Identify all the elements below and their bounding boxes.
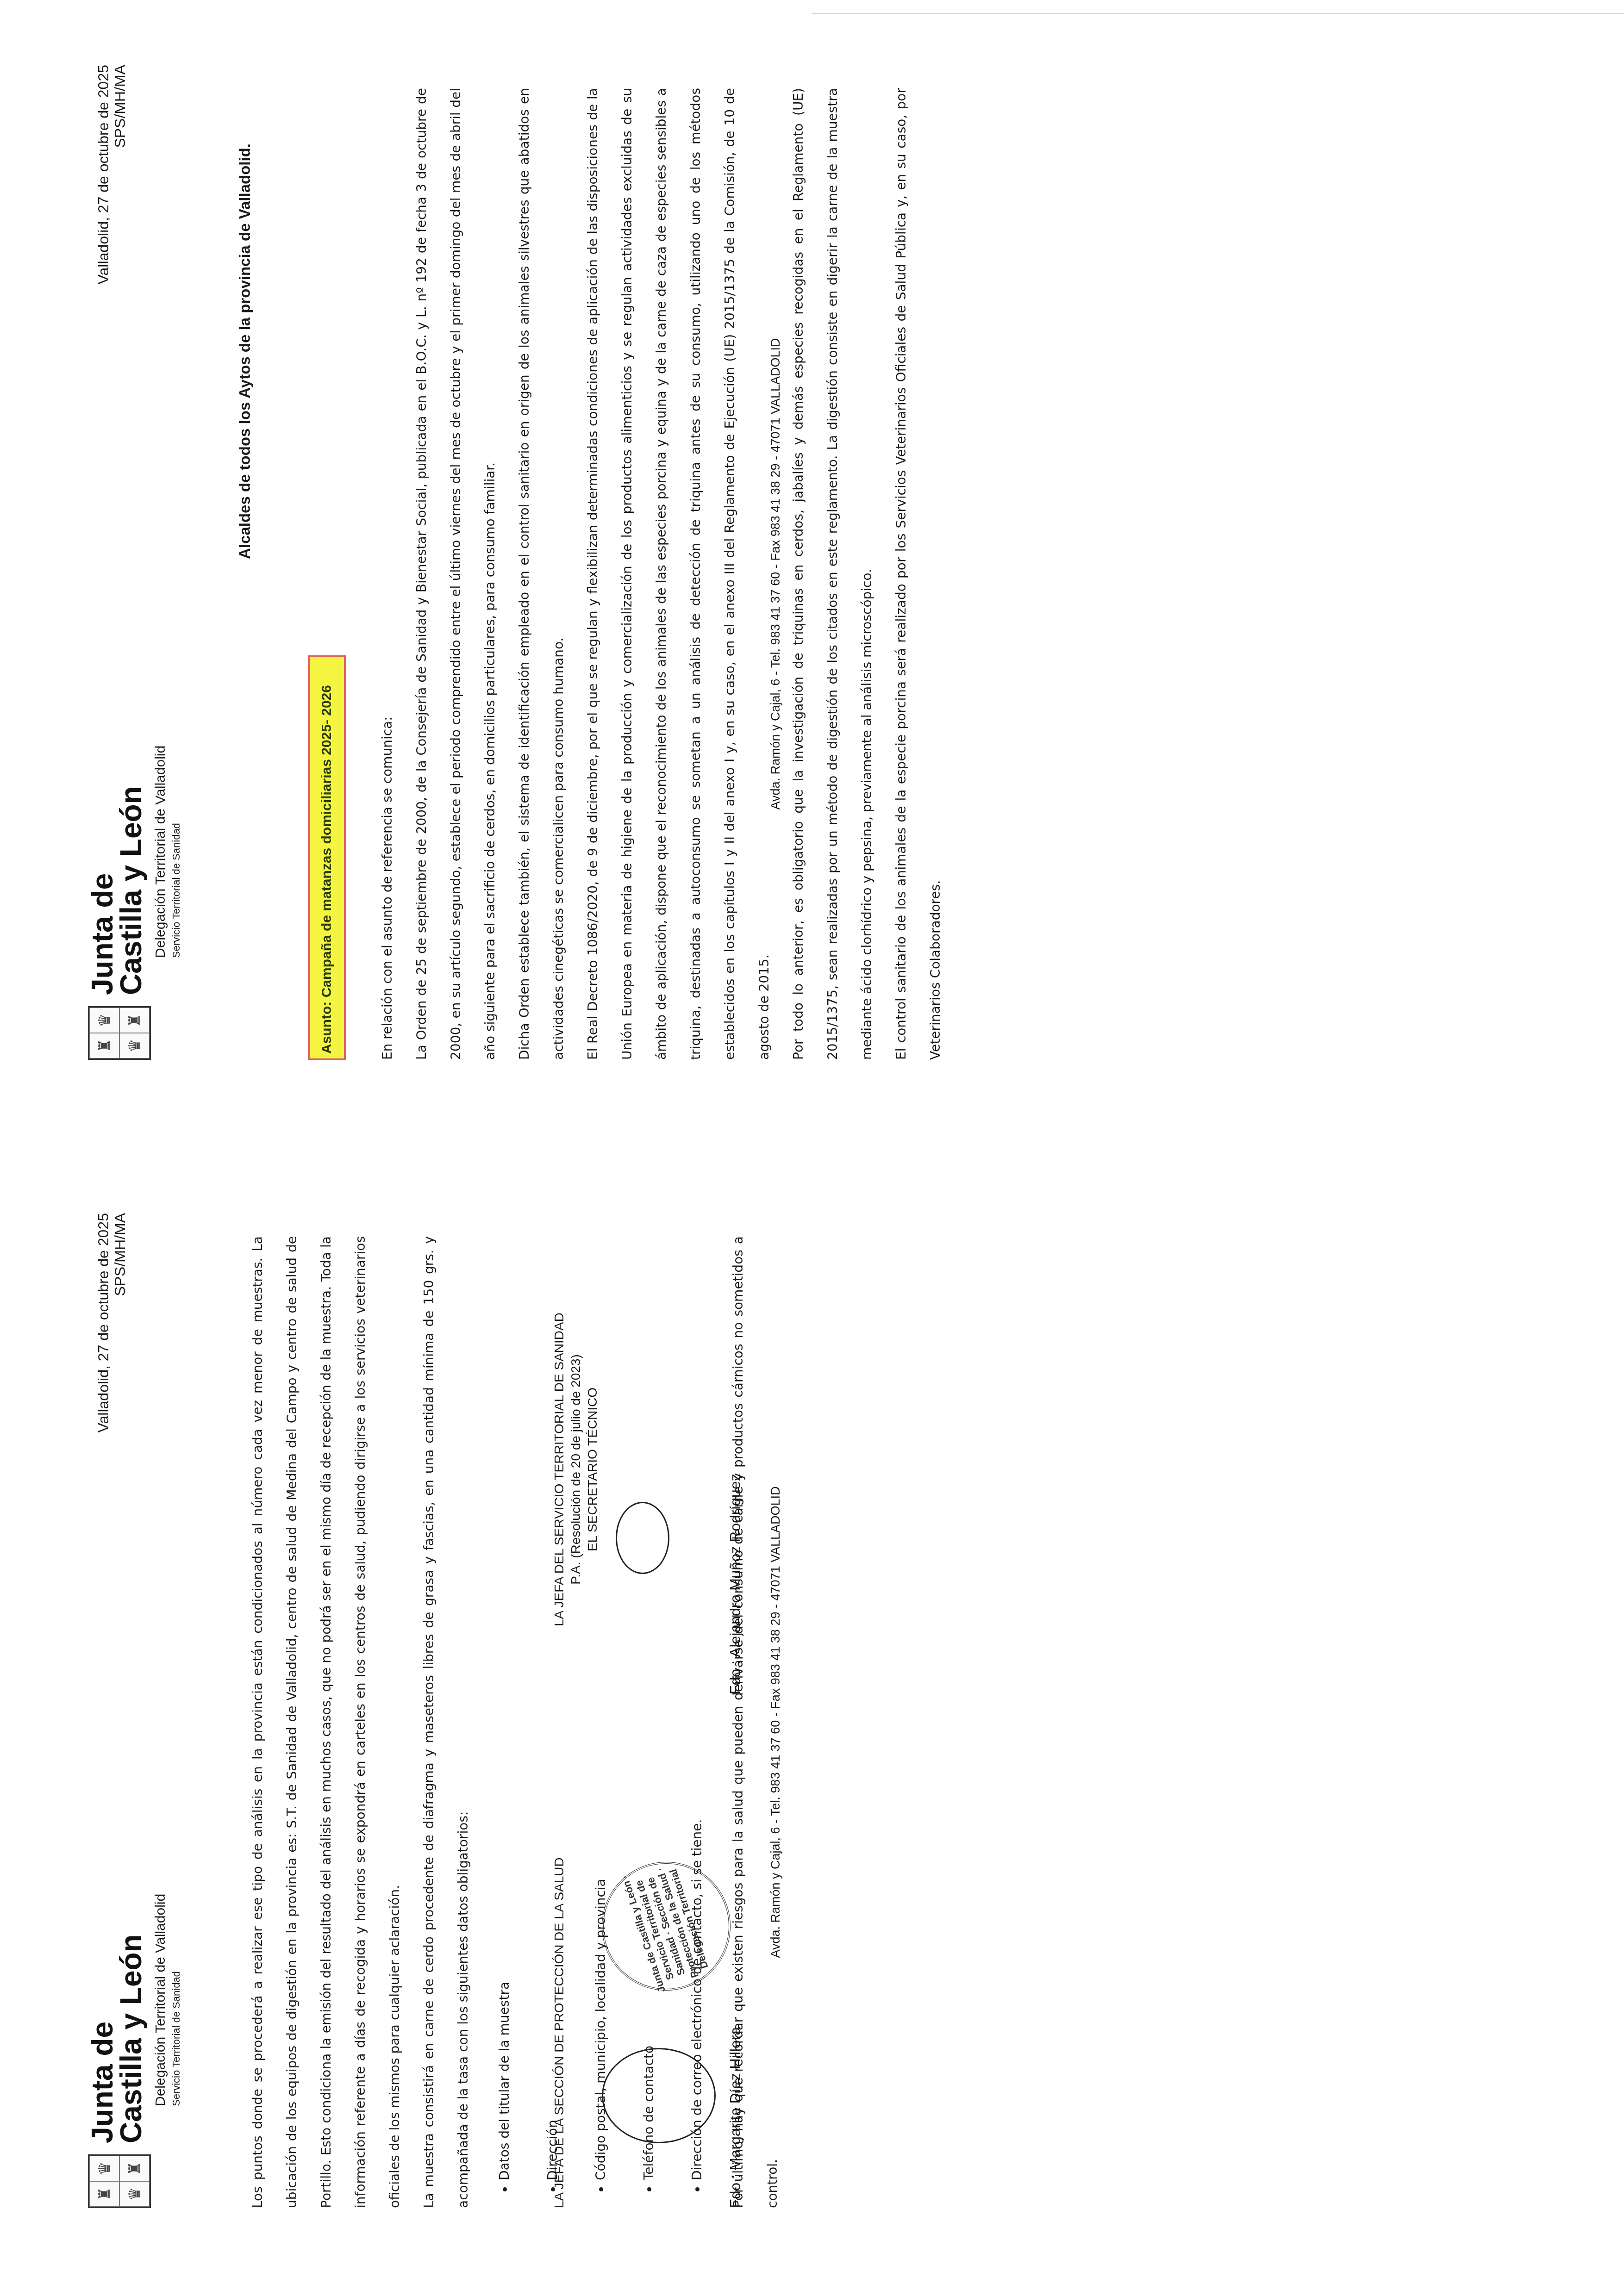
signer-right-delegation: P.A. (Resolución de 20 de julio de 2023): [568, 1236, 584, 1703]
signature-right-icon: [616, 1502, 669, 1574]
signature-block: LA JEFA DE LA SECCIÓN DE PROTECCIÓN DE L…: [551, 1236, 601, 2208]
paragraph: El Real Decreto 1086/2020, de 9 de dicie…: [576, 88, 781, 1060]
document-reference: SPS/MH/MA: [112, 65, 128, 284]
paragraph: Los puntos donde se procederá a realizar…: [241, 1236, 412, 2208]
delegation-name: Delegación Territorial de Valladolid: [153, 746, 169, 958]
signer-right-role: EL SECRETARIO TÉCNICO: [584, 1236, 601, 1703]
signer-right-name: Fdo.: Alejandro Muñoz Rodríguez: [727, 1474, 744, 1694]
page-1: ♜♛♛♜ Junta deCastilla y León Delegación …: [0, 0, 812, 1148]
coat-of-arms-icon: ♜♛♛♜: [88, 1006, 151, 1060]
list-item: Teléfono de contacto: [625, 1236, 673, 2180]
page1-body: En relación con el asunto de referencia …: [370, 88, 953, 1060]
service-name: Servicio Territorial de Sanidad: [169, 746, 184, 958]
signature-left-icon: [602, 2048, 716, 2143]
coat-of-arms-icon: ♜♛♛♜: [88, 2154, 151, 2208]
letterhead-logo: ♜♛♛♜ Junta deCastilla y León: [88, 1934, 151, 2208]
paragraph: Por todo lo anterior, es obligatorio que…: [781, 88, 884, 1060]
document-reference: SPS/MH/MA: [112, 1213, 128, 1432]
letterhead-logo: ♜♛♛♜ Junta deCastilla y León: [88, 786, 151, 1060]
brand-line1: Junta de: [88, 1934, 117, 2143]
paragraph: El control sanitario de los animales de …: [884, 88, 953, 1060]
recipient: Alcaldes de todos los Aytos de la provin…: [236, 143, 254, 559]
paragraph: La muestra consistirá en carne de cerdo …: [412, 1236, 481, 2208]
paragraph: Dicha Orden establece también, el sistem…: [507, 88, 576, 1060]
list-item: Datos del titular de la muestra: [481, 1236, 529, 2180]
paragraph: En relación con el asunto de referencia …: [370, 88, 405, 1060]
page2-body: Los puntos donde se procederá a realizar…: [241, 1236, 790, 2208]
service-name: Servicio Territorial de Sanidad: [169, 1894, 184, 2106]
signer-right-title: LA JEFA DEL SERVICIO TERRITORIAL DE SANI…: [551, 1236, 568, 1703]
paragraph: La Orden de 25 de septiembre de 2000, de…: [405, 88, 507, 1060]
signer-left-name: Fdo.: Margarita Díez Hillera: [727, 2027, 744, 2208]
signer-left-title: LA JEFA DE LA SECCIÓN DE PROTECCIÓN DE L…: [551, 1742, 601, 2208]
list-item: Dirección de correo electrónico de conta…: [673, 1236, 721, 2180]
brand-line2: Castilla y León: [117, 786, 145, 995]
document-date: Valladolid, 27 de octubre de 2025: [95, 1213, 112, 1432]
page-2: ♜♛♛♜ Junta deCastilla y León Delegación …: [0, 1148, 812, 2296]
delegation-name: Delegación Territorial de Valladolid: [153, 1894, 169, 2106]
footer-address: Avda. Ramón y Cajal, 6 - Tel. 983 41 37 …: [768, 0, 783, 1148]
brand-line2: Castilla y León: [117, 1934, 145, 2143]
footer-address: Avda. Ramón y Cajal, 6 - Tel. 983 41 37 …: [768, 1148, 783, 2296]
subject-highlight: Asunto: Campaña de matanzas domiciliaria…: [308, 655, 346, 1060]
document-date: Valladolid, 27 de octubre de 2025: [95, 65, 112, 284]
brand-line1: Junta de: [88, 786, 117, 995]
